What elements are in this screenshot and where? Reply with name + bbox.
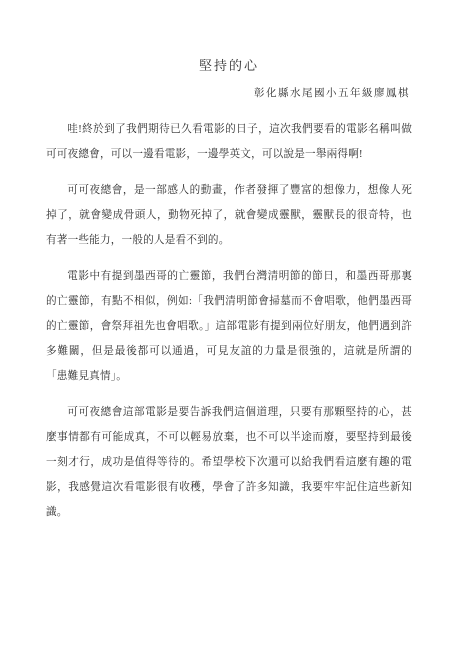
essay-paragraph: 可可夜總會，是一部感人的動畫，作者發揮了豐富的想像力，想像人死掉了，就會變成骨頭… (46, 178, 412, 253)
essay-byline: 彰化縣水尾國小五年級廖鳳棋 (46, 87, 412, 101)
document-page: 堅持的心 彰化縣水尾國小五年級廖鳳棋 哇!終於到了我們期待已久看電影的日子，這次… (0, 0, 458, 648)
essay-title: 堅持的心 (46, 58, 412, 74)
essay-paragraph: 可可夜總會這部電影是要告訴我們這個道理，只要有那顆堅持的心，甚麼事情都有可能成真… (46, 400, 412, 525)
essay-paragraph: 電影中有提到墨西哥的亡靈節，我們台灣清明節的節日，和墨西哥那裏的亡靈節，有點不相… (46, 264, 412, 389)
essay-body: 哇!終於到了我們期待已久看電影的日子，這次我們要看的電影名稱叫做可可夜總會，可以… (46, 117, 412, 525)
essay-paragraph: 哇!終於到了我們期待已久看電影的日子，這次我們要看的電影名稱叫做可可夜總會，可以… (46, 117, 412, 167)
